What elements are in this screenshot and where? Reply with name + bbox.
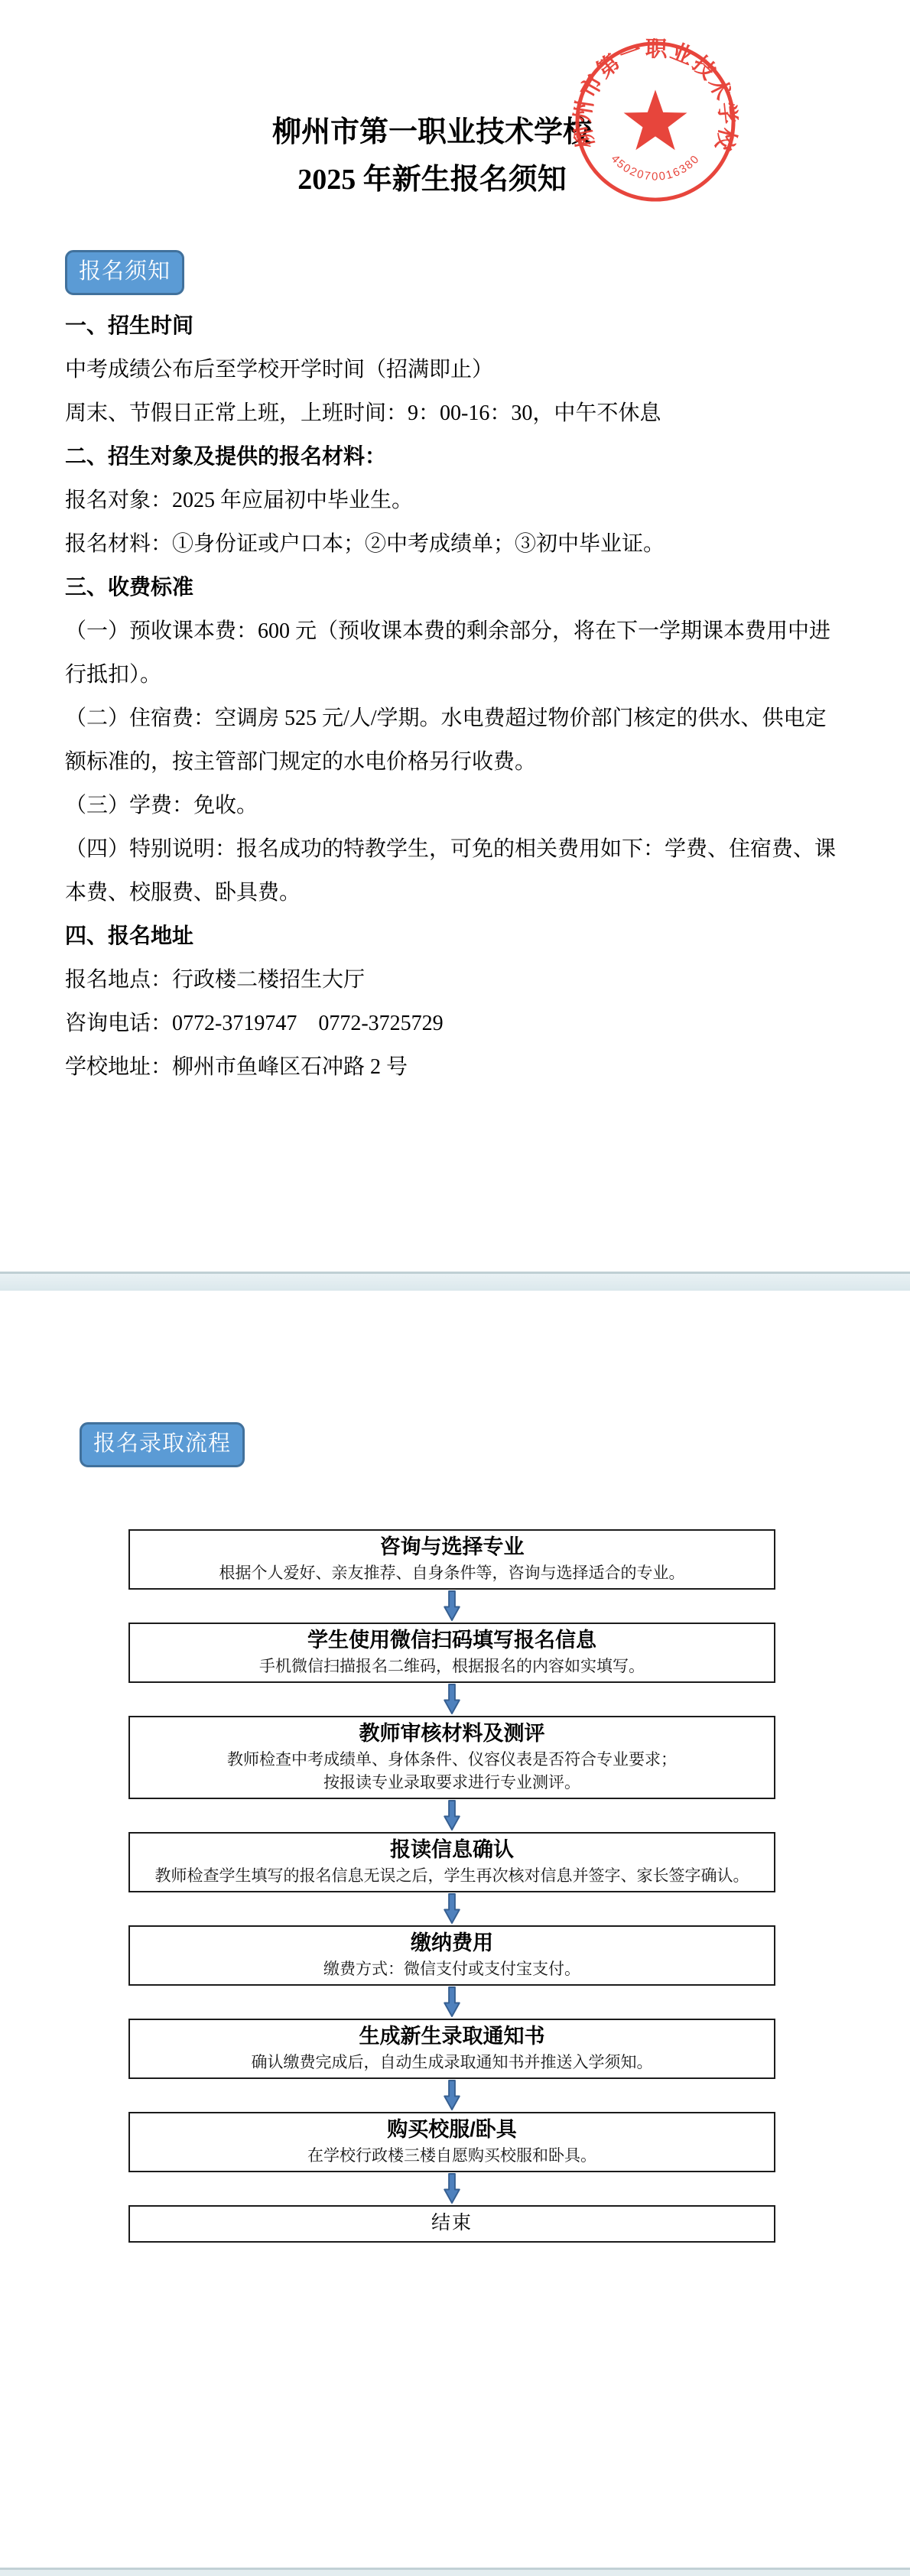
notice-line: 报名材料：①身份证或户口本；②中考成绩单；③初中毕业证。 xyxy=(65,522,847,566)
flow-step-title: 结束 xyxy=(138,2209,766,2237)
notice-line: 报名地点：行政楼二楼招生大厅 xyxy=(65,958,847,1002)
down-arrow-icon xyxy=(438,1893,466,1925)
down-arrow-icon xyxy=(438,1590,466,1622)
notice-section-badge: 报名须知 xyxy=(65,250,184,295)
flow-step-box: 生成新生录取通知书 确认缴费完成后，自动生成录取通知书并推送入学须知。 xyxy=(128,2019,775,2079)
flow-step-title: 咨询与选择专业 xyxy=(138,1533,766,1561)
notice-line: （一）预收课本费：600 元（预收课本费的剩余部分，将在下一学期课本费用中进行抵… xyxy=(65,609,847,697)
notice-line: 周末、节假日正常上班，上班时间：9：00-16：30，中午不休息 xyxy=(65,391,847,435)
flow-step-title: 购买校服/卧具 xyxy=(138,2116,766,2144)
flow-step-box: 结束 xyxy=(128,2205,775,2243)
flow-step-desc: 确认缴费完成后，自动生成录取通知书并推送入学须知。 xyxy=(138,2051,766,2074)
notice-section-heading: 四、报名地址 xyxy=(65,914,847,958)
flow-step-desc: 按报读专业录取要求进行专业测评。 xyxy=(138,1771,766,1794)
down-arrow-icon xyxy=(438,1684,466,1715)
enrollment-flowchart: 咨询与选择专业 根据个人爱好、亲友推荐、自身条件等，咨询与选择适合的专业。 学生… xyxy=(128,1529,775,2243)
seal-star-icon xyxy=(624,89,687,150)
notice-line: （二）住宿费：空调房 525 元/人/学期。水电费超过物价部门核定的供水、供电定… xyxy=(65,697,847,784)
school-seal: 柳州市第一职业技术学校 4502070016380 xyxy=(572,38,739,205)
flow-step-desc: 教师检查中考成绩单、身体条件、仪容仪表是否符合专业要求； xyxy=(138,1748,766,1771)
bottom-divider-bar xyxy=(0,2568,910,2576)
svg-text:4502070016380: 4502070016380 xyxy=(609,153,703,184)
down-arrow-icon xyxy=(438,1800,466,1831)
notice-section-heading: 二、招生对象及提供的报名材料： xyxy=(65,435,847,479)
flow-step-box: 学生使用微信扫码填写报名信息 手机微信扫描报名二维码，根据报名的内容如实填写。 xyxy=(128,1623,775,1683)
flow-step-desc: 在学校行政楼三楼自愿购买校服和卧具。 xyxy=(138,2144,766,2167)
notice-line: 学校地址：柳州市鱼峰区石冲路 2 号 xyxy=(65,1045,847,1089)
flow-step-box: 教师审核材料及测评 教师检查中考成绩单、身体条件、仪容仪表是否符合专业要求；按报… xyxy=(128,1716,775,1799)
notice-line: 咨询电话：0772-3719747 0772-3725729 xyxy=(65,1002,847,1045)
flow-step-box: 购买校服/卧具 在学校行政楼三楼自愿购买校服和卧具。 xyxy=(128,2112,775,2172)
process-section-badge: 报名录取流程 xyxy=(80,1422,245,1467)
flow-step-desc: 教师检查学生填写的报名信息无误之后，学生再次核对信息并签字、家长签字确认。 xyxy=(138,1864,766,1887)
notice-line: （三）学费：免收。 xyxy=(65,784,847,827)
down-arrow-icon xyxy=(438,1986,466,2018)
notice-section-heading: 三、收费标准 xyxy=(65,566,847,609)
flow-step-title: 缴纳费用 xyxy=(138,1929,766,1957)
flow-step-box: 咨询与选择专业 根据个人爱好、亲友推荐、自身条件等，咨询与选择适合的专业。 xyxy=(128,1529,775,1590)
flow-step-desc: 缴费方式：微信支付或支付宝支付。 xyxy=(138,1957,766,1980)
flow-step-title: 教师审核材料及测评 xyxy=(138,1720,766,1748)
document-page: 柳州市第一职业技术学校 2025 年新生报名须知 柳州市第一职业技术学校 450… xyxy=(0,0,910,2576)
flow-step-title: 学生使用微信扫码填写报名信息 xyxy=(138,1626,766,1655)
flow-step-desc: 根据个人爱好、亲友推荐、自身条件等，咨询与选择适合的专业。 xyxy=(138,1561,766,1584)
section-divider-bar xyxy=(0,1272,910,1291)
notice-line: 报名对象：2025 年应届初中毕业生。 xyxy=(65,479,847,522)
flow-step-desc: 手机微信扫描报名二维码，根据报名的内容如实填写。 xyxy=(138,1655,766,1678)
down-arrow-icon xyxy=(438,2173,466,2204)
notice-section-heading: 一、招生时间 xyxy=(65,304,847,348)
flow-step-box: 报读信息确认 教师检查学生填写的报名信息无误之后，学生再次核对信息并签字、家长签… xyxy=(128,1832,775,1892)
notice-body: 一、招生时间中考成绩公布后至学校开学时间（招满即止）周末、节假日正常上班，上班时… xyxy=(65,304,847,1089)
seal-number: 4502070016380 xyxy=(609,153,703,184)
flow-step-box: 缴纳费用 缴费方式：微信支付或支付宝支付。 xyxy=(128,1925,775,1986)
school-seal-graphic: 柳州市第一职业技术学校 4502070016380 xyxy=(572,38,739,205)
down-arrow-icon xyxy=(438,2080,466,2111)
flow-step-title: 生成新生录取通知书 xyxy=(138,2022,766,2051)
notice-line: （四）特别说明：报名成功的特教学生，可免的相关费用如下：学费、住宿费、课本费、校… xyxy=(65,827,847,914)
notice-line: 中考成绩公布后至学校开学时间（招满即止） xyxy=(65,348,847,391)
flow-step-title: 报读信息确认 xyxy=(138,1836,766,1864)
